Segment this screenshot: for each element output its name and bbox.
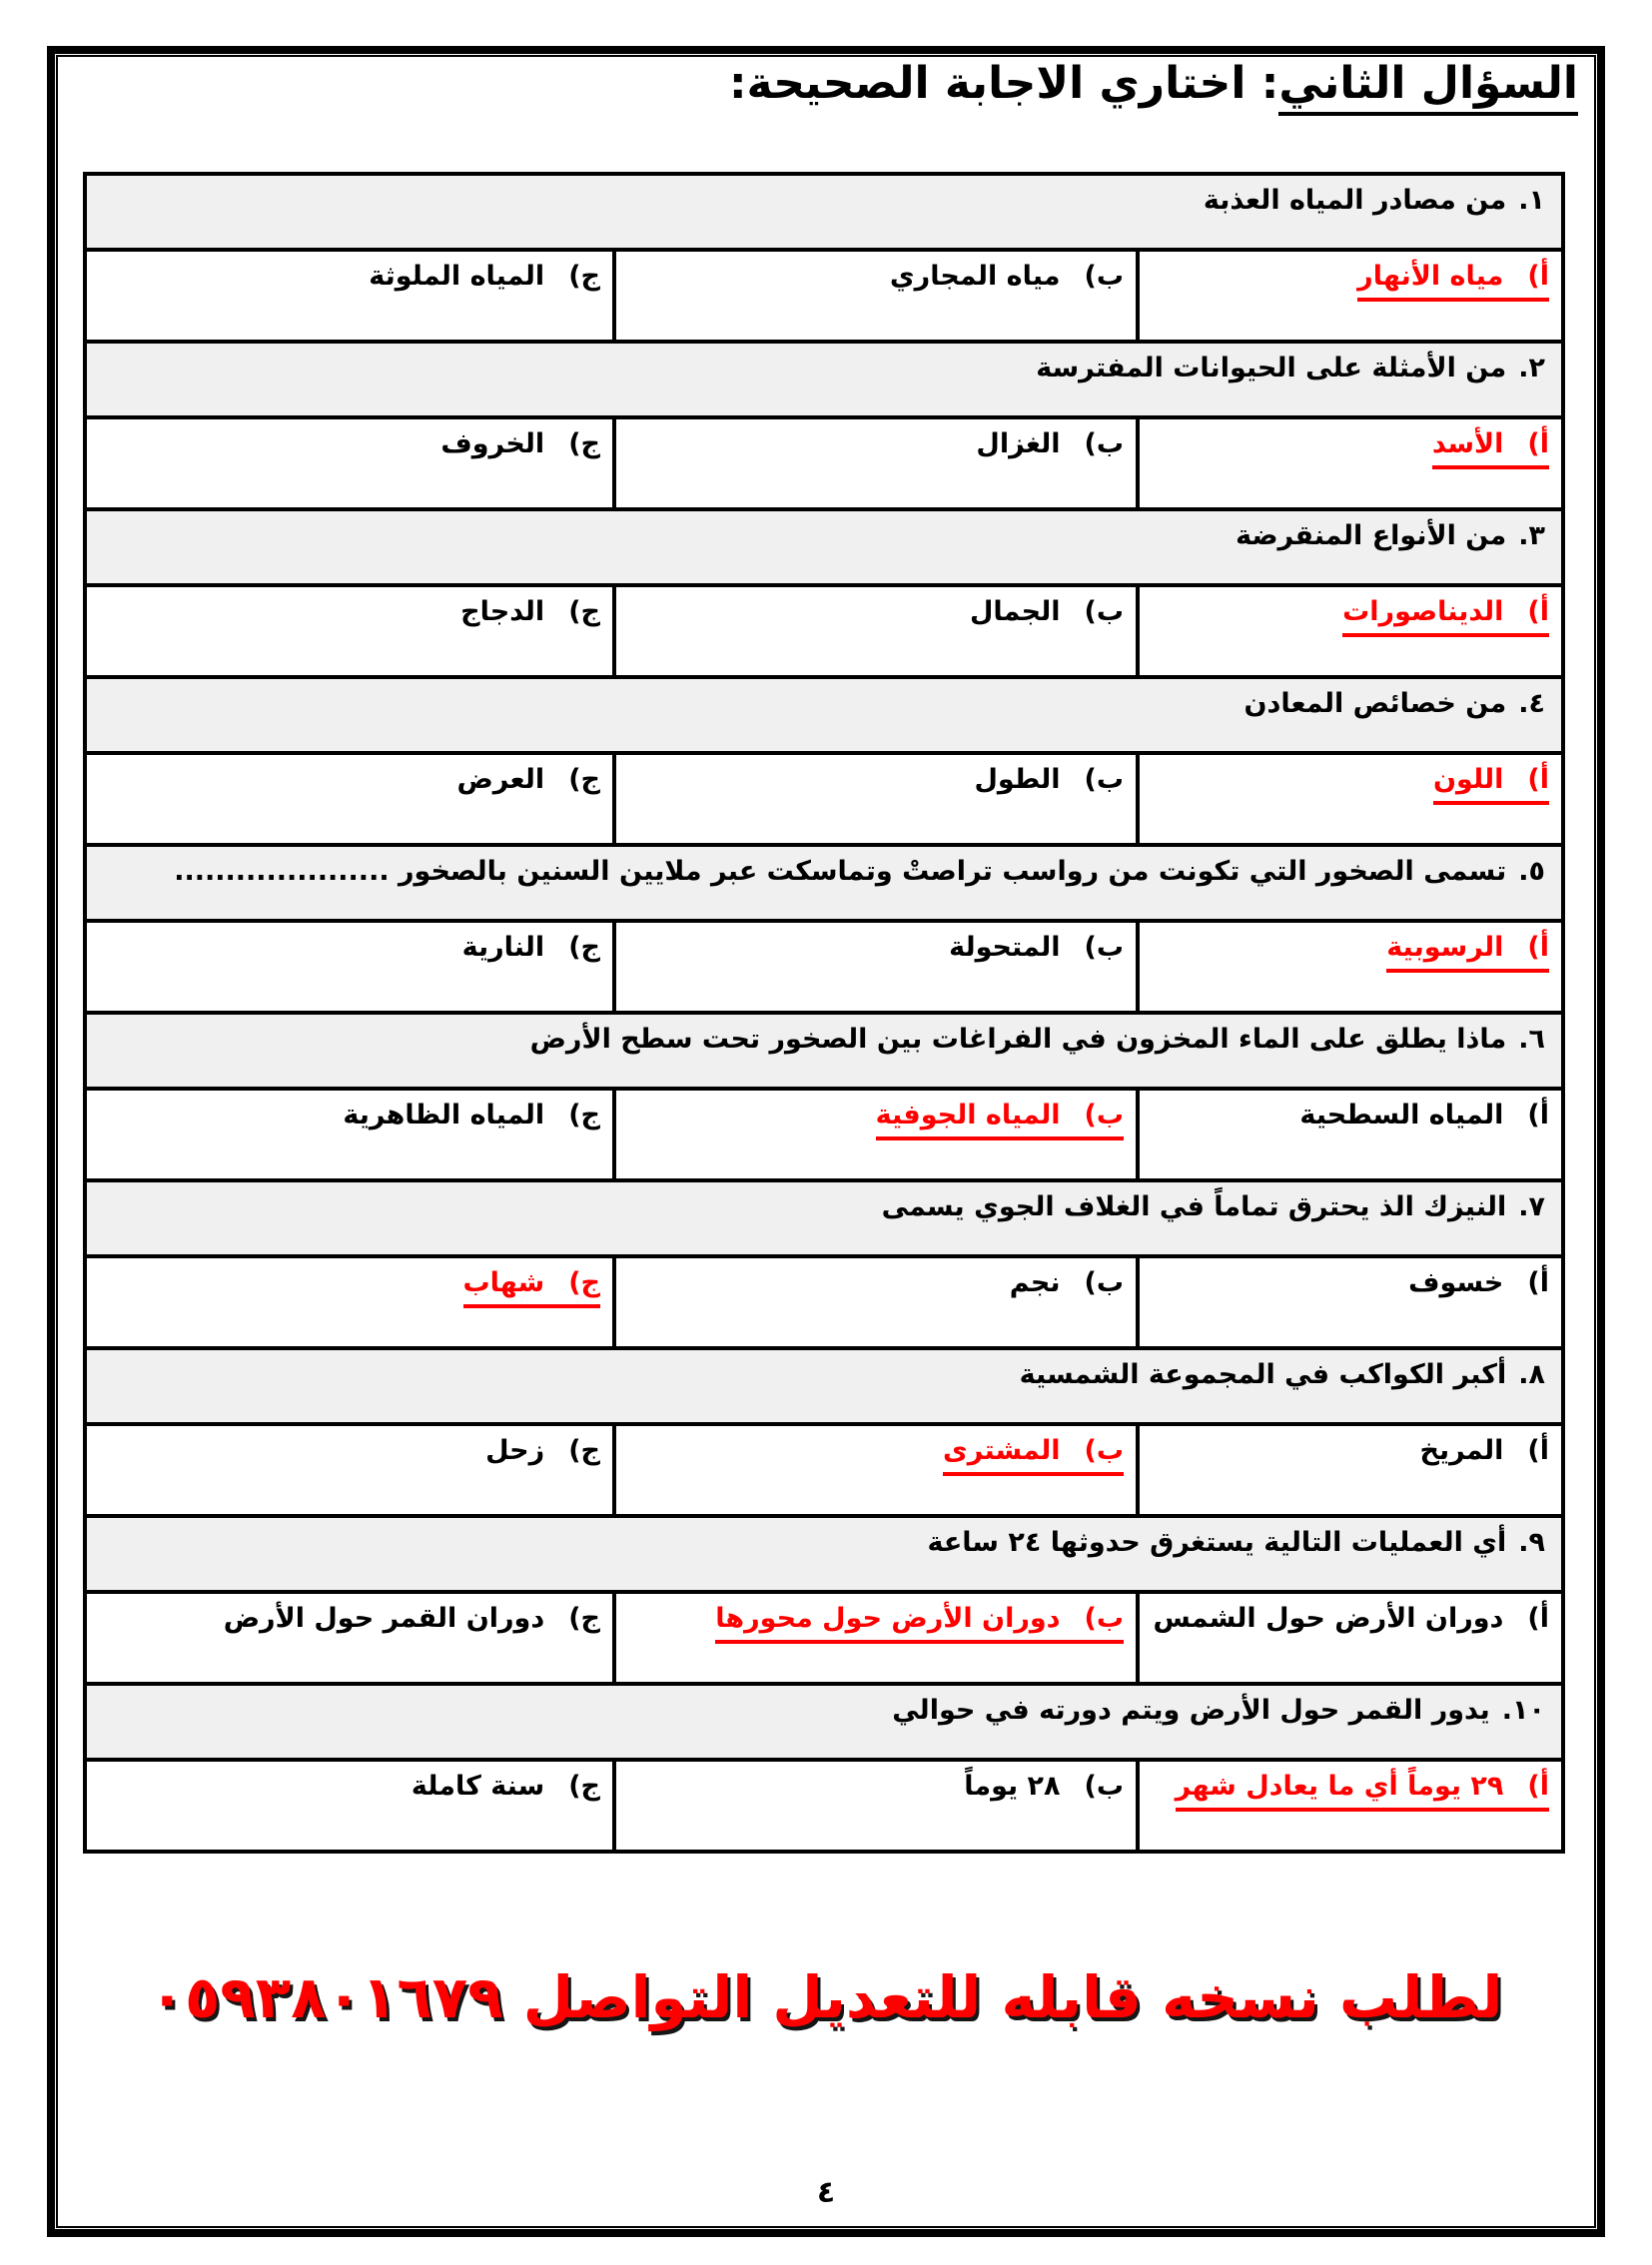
option-cell-c: ج)النارية (85, 921, 614, 1013)
question-cell: ٧.النيزك الذ يحترق تماماً في الغلاف الجو… (85, 1180, 1563, 1256)
option-text: الخروف (440, 428, 544, 459)
question-text: النيزك الذ يحترق تماماً في الغلاف الجوي … (882, 1191, 1507, 1222)
question-text: من الأنواع المنقرضة (1236, 520, 1506, 551)
option-cell-c: ج)سنة كاملة (85, 1760, 614, 1852)
option-text: الغزال (976, 428, 1060, 459)
option: ج)الدجاج (460, 596, 600, 627)
question-number: ٢. (1518, 353, 1545, 383)
option: ج)سنة كاملة (412, 1771, 600, 1802)
option-text: ٢٨ يوماً (964, 1771, 1060, 1802)
option-correct: ج)شهاب (463, 1267, 600, 1308)
option-cell-b: ب)المياه الجوفية (614, 1089, 1138, 1180)
option-text: الأسد (1432, 428, 1504, 459)
option-label: ج) (568, 1100, 600, 1131)
option-cell-a: أ)مياه الأنهار (1138, 250, 1563, 342)
option-label: ج) (568, 1771, 600, 1802)
option-text: الطول (974, 764, 1060, 795)
option: ج)العرض (456, 764, 600, 795)
option-correct: أ)الأسد (1432, 428, 1549, 469)
option-correct: ب)المياه الجوفية (876, 1100, 1124, 1140)
question-row: ٧.النيزك الذ يحترق تماماً في الغلاف الجو… (85, 1180, 1563, 1256)
option-text: سنة كاملة (412, 1771, 544, 1802)
exam-title-instruction: : اختاري الاجابة الصحيحة: (729, 58, 1278, 109)
question-text: تسمى الصخور التي تكونت من رواسب تراصتْ و… (174, 856, 1506, 887)
option-cell-b: ب)الغزال (614, 417, 1138, 509)
option-cell-b: ب)٢٨ يوماً (614, 1760, 1138, 1852)
option-cell-a: أ)٢٩ يوماً أي ما يعادل شهر (1138, 1760, 1563, 1852)
option-cell-a: أ)الرسوبية (1138, 921, 1563, 1013)
option: ب)نجم (1010, 1267, 1124, 1298)
option-cell-b: ب)دوران الأرض حول محورها (614, 1592, 1138, 1684)
option-label: ب) (1085, 261, 1124, 292)
option: ج)زحل (485, 1435, 600, 1466)
option: ب)الطول (974, 764, 1124, 795)
question-text: من الأمثلة على الحيوانات المفترسة (1036, 353, 1506, 383)
option-cell-b: ب)المشترى (614, 1424, 1138, 1516)
option-text: المتحولة (949, 932, 1060, 963)
option: ج)النارية (462, 932, 600, 963)
option-text: المياه الظاهرية (343, 1100, 544, 1131)
option: ج)المياه الظاهرية (343, 1100, 600, 1131)
questions-table: ١.من مصادر المياه العذبةأ)مياه الأنهارب)… (83, 172, 1565, 1854)
option-cell-c: ج)المياه الملوثة (85, 250, 614, 342)
question-cell: ٣.من الأنواع المنقرضة (85, 509, 1563, 585)
option-label: ب) (1085, 596, 1124, 627)
option-label: ج) (568, 932, 600, 963)
option-text: مياه الأنهار (1357, 261, 1503, 292)
answer-row: أ)الأسدب)الغزالج)الخروف (85, 417, 1563, 509)
option: أ)خسوف (1408, 1267, 1549, 1298)
option-text: المياه السطحية (1299, 1100, 1503, 1131)
option-label: ب) (1085, 764, 1124, 795)
option-text: اللون (1433, 764, 1503, 795)
option-text: المياه الملوثة (369, 261, 544, 292)
option-text: نجم (1010, 1267, 1061, 1298)
option-text: دوران القمر حول الأرض (224, 1603, 544, 1634)
option-text: دوران الأرض حول محورها (715, 1603, 1060, 1634)
question-number: ٩. (1518, 1527, 1545, 1558)
answer-row: أ)دوران الأرض حول الشمسب)دوران الأرض حول… (85, 1592, 1563, 1684)
option-cell-a: أ)دوران الأرض حول الشمس (1138, 1592, 1563, 1684)
option-cell-c: ج)دوران القمر حول الأرض (85, 1592, 614, 1684)
option: ج)الخروف (440, 428, 600, 459)
option-label: ج) (568, 261, 600, 292)
option-label: ب) (1085, 932, 1124, 963)
option-label: ج) (568, 1267, 600, 1298)
question-number: ٨. (1518, 1359, 1545, 1390)
question-cell: ٩.أي العمليات التالية يستغرق حدوثها ٢٤ س… (85, 1516, 1563, 1592)
option-text: العرض (456, 764, 544, 795)
question-cell: ٢.من الأمثلة على الحيوانات المفترسة (85, 342, 1563, 417)
question-number: ٣. (1518, 520, 1545, 551)
option-text: المريخ (1420, 1435, 1504, 1466)
option-label: ج) (568, 1435, 600, 1466)
option-cell-a: أ)الديناصورات (1138, 585, 1563, 677)
option-correct: ب)المشترى (943, 1435, 1124, 1476)
option-label: ب) (1085, 1267, 1124, 1298)
question-text: أي العمليات التالية يستغرق حدوثها ٢٤ ساع… (927, 1527, 1506, 1558)
option-correct: ب)دوران الأرض حول محورها (715, 1603, 1124, 1644)
option-text: خسوف (1408, 1267, 1503, 1298)
answer-row: أ)الرسوبيةب)المتحولةج)النارية (85, 921, 1563, 1013)
option-cell-b: ب)الجمال (614, 585, 1138, 677)
option-label: أ) (1527, 1435, 1549, 1466)
option-label: ب) (1085, 1603, 1124, 1634)
option-text: الجمال (970, 596, 1061, 627)
question-cell: ٥.تسمى الصخور التي تكونت من رواسب تراصتْ… (85, 845, 1563, 921)
question-cell: ٤.من خصائص المعادن (85, 677, 1563, 753)
option: ب)الجمال (970, 596, 1124, 627)
option-label: ب) (1085, 1435, 1124, 1466)
option-correct: أ)٢٩ يوماً أي ما يعادل شهر (1176, 1771, 1549, 1812)
option-label: أ) (1527, 764, 1549, 795)
option-cell-b: ب)المتحولة (614, 921, 1138, 1013)
question-row: ٦.ماذا يطلق على الماء المخزون في الفراغا… (85, 1013, 1563, 1089)
option-cell-c: ج)شهاب (85, 1256, 614, 1348)
question-row: ١٠.يدور القمر حول الأرض ويتم دورته في حو… (85, 1684, 1563, 1760)
answer-row: أ)الديناصوراتب)الجمالج)الدجاج (85, 585, 1563, 677)
option-cell-c: ج)العرض (85, 753, 614, 845)
question-cell: ١.من مصادر المياه العذبة (85, 174, 1563, 250)
option: ب)الغزال (976, 428, 1124, 459)
question-cell: ١٠.يدور القمر حول الأرض ويتم دورته في حو… (85, 1684, 1563, 1760)
option-label: أ) (1527, 428, 1549, 459)
option-text: الرسوبية (1386, 932, 1503, 963)
option-correct: أ)اللون (1433, 764, 1549, 805)
questions-table-body: ١.من مصادر المياه العذبةأ)مياه الأنهارب)… (85, 174, 1563, 1852)
question-text: أكبر الكواكب في المجموعة الشمسية (1020, 1359, 1507, 1390)
question-number: ٤. (1518, 688, 1545, 719)
question-number: ١. (1518, 185, 1545, 216)
option: أ)المريخ (1420, 1435, 1550, 1466)
question-row: ٩.أي العمليات التالية يستغرق حدوثها ٢٤ س… (85, 1516, 1563, 1592)
answer-row: أ)٢٩ يوماً أي ما يعادل شهرب)٢٨ يوماًج)سن… (85, 1760, 1563, 1852)
option-text: المياه الجوفية (876, 1100, 1061, 1131)
option-cell-b: ب)مياه المجاري (614, 250, 1138, 342)
option-cell-a: أ)المياه السطحية (1138, 1089, 1563, 1180)
question-text: ماذا يطلق على الماء المخزون في الفراغات … (530, 1024, 1507, 1055)
option-label: أ) (1527, 1603, 1549, 1634)
option: ب)مياه المجاري (890, 261, 1124, 292)
option-label: ج) (568, 596, 600, 627)
promo-banner: لطلب نسخه قابله للتعديل التواصل ٠٥٩٣٨٠١٦… (0, 1963, 1652, 2031)
option-label: أ) (1527, 261, 1549, 292)
option-correct: أ)الرسوبية (1386, 932, 1549, 973)
answer-row: أ)المريخب)المشترىج)زحل (85, 1424, 1563, 1516)
option-label: ج) (568, 1603, 600, 1634)
answer-row: أ)مياه الأنهارب)مياه المجاريج)المياه الم… (85, 250, 1563, 342)
page-number: ٤ (0, 2175, 1652, 2210)
option-cell-c: ج)الدجاج (85, 585, 614, 677)
question-row: ٢.من الأمثلة على الحيوانات المفترسة (85, 342, 1563, 417)
option-cell-a: أ)خسوف (1138, 1256, 1563, 1348)
option-cell-a: أ)المريخ (1138, 1424, 1563, 1516)
option-text: المشترى (943, 1435, 1061, 1466)
question-cell: ٨.أكبر الكواكب في المجموعة الشمسية (85, 1348, 1563, 1424)
option: أ)المياه السطحية (1299, 1100, 1549, 1131)
question-text: يدور القمر حول الأرض ويتم دورته في حوالي (892, 1695, 1490, 1726)
option-cell-b: ب)نجم (614, 1256, 1138, 1348)
option-correct: أ)الديناصورات (1342, 596, 1549, 637)
option-label: ب) (1085, 428, 1124, 459)
option: ب)٢٨ يوماً (964, 1771, 1124, 1802)
option-cell-c: ج)الخروف (85, 417, 614, 509)
option-label: ج) (568, 428, 600, 459)
answer-row: أ)خسوفب)نجمج)شهاب (85, 1256, 1563, 1348)
option-cell-c: ج)زحل (85, 1424, 614, 1516)
option-text: شهاب (463, 1267, 545, 1298)
option-label: ب) (1085, 1100, 1124, 1131)
exam-title-section: السؤال الثاني (1278, 58, 1578, 116)
option-cell-c: ج)المياه الظاهرية (85, 1089, 614, 1180)
question-text: من مصادر المياه العذبة (1204, 185, 1506, 216)
worksheet-page: السؤال الثاني: اختاري الاجابة الصحيحة: ١… (0, 0, 1652, 2265)
answer-row: أ)المياه السطحيةب)المياه الجوفيةج)المياه… (85, 1089, 1563, 1180)
option: ب)المتحولة (949, 932, 1124, 963)
question-number: ٧. (1518, 1191, 1545, 1222)
question-number: ٦. (1518, 1024, 1545, 1055)
question-row: ٥.تسمى الصخور التي تكونت من رواسب تراصتْ… (85, 845, 1563, 921)
option: ج)المياه الملوثة (369, 261, 600, 292)
option-label: أ) (1527, 596, 1549, 627)
option-text: زحل (485, 1435, 544, 1466)
option-correct: أ)مياه الأنهار (1357, 261, 1549, 302)
question-row: ٤.من خصائص المعادن (85, 677, 1563, 753)
option: أ)دوران الأرض حول الشمس (1154, 1603, 1549, 1634)
option-label: أ) (1527, 1267, 1549, 1298)
question-text: من خصائص المعادن (1243, 688, 1506, 719)
option-cell-b: ب)الطول (614, 753, 1138, 845)
option-text: دوران الأرض حول الشمس (1154, 1603, 1504, 1634)
option-text: ٢٩ يوماً أي ما يعادل شهر (1176, 1771, 1504, 1802)
question-number: ١٠. (1502, 1695, 1545, 1726)
question-cell: ٦.ماذا يطلق على الماء المخزون في الفراغا… (85, 1013, 1563, 1089)
question-row: ٣.من الأنواع المنقرضة (85, 509, 1563, 585)
exam-title: السؤال الثاني: اختاري الاجابة الصحيحة: (729, 58, 1578, 109)
option-text: الديناصورات (1342, 596, 1503, 627)
option-label: ج) (568, 764, 600, 795)
option-label: ب) (1085, 1771, 1124, 1802)
question-row: ١.من مصادر المياه العذبة (85, 174, 1563, 250)
question-number: ٥. (1518, 856, 1545, 887)
option-label: أ) (1527, 1771, 1549, 1802)
option-cell-a: أ)الأسد (1138, 417, 1563, 509)
option: ج)دوران القمر حول الأرض (224, 1603, 600, 1634)
answer-row: أ)اللونب)الطولج)العرض (85, 753, 1563, 845)
option-text: الدجاج (460, 596, 544, 627)
option-cell-a: أ)اللون (1138, 753, 1563, 845)
option-text: مياه المجاري (890, 261, 1061, 292)
option-text: النارية (462, 932, 545, 963)
option-label: أ) (1527, 932, 1549, 963)
question-row: ٨.أكبر الكواكب في المجموعة الشمسية (85, 1348, 1563, 1424)
option-label: أ) (1527, 1100, 1549, 1131)
